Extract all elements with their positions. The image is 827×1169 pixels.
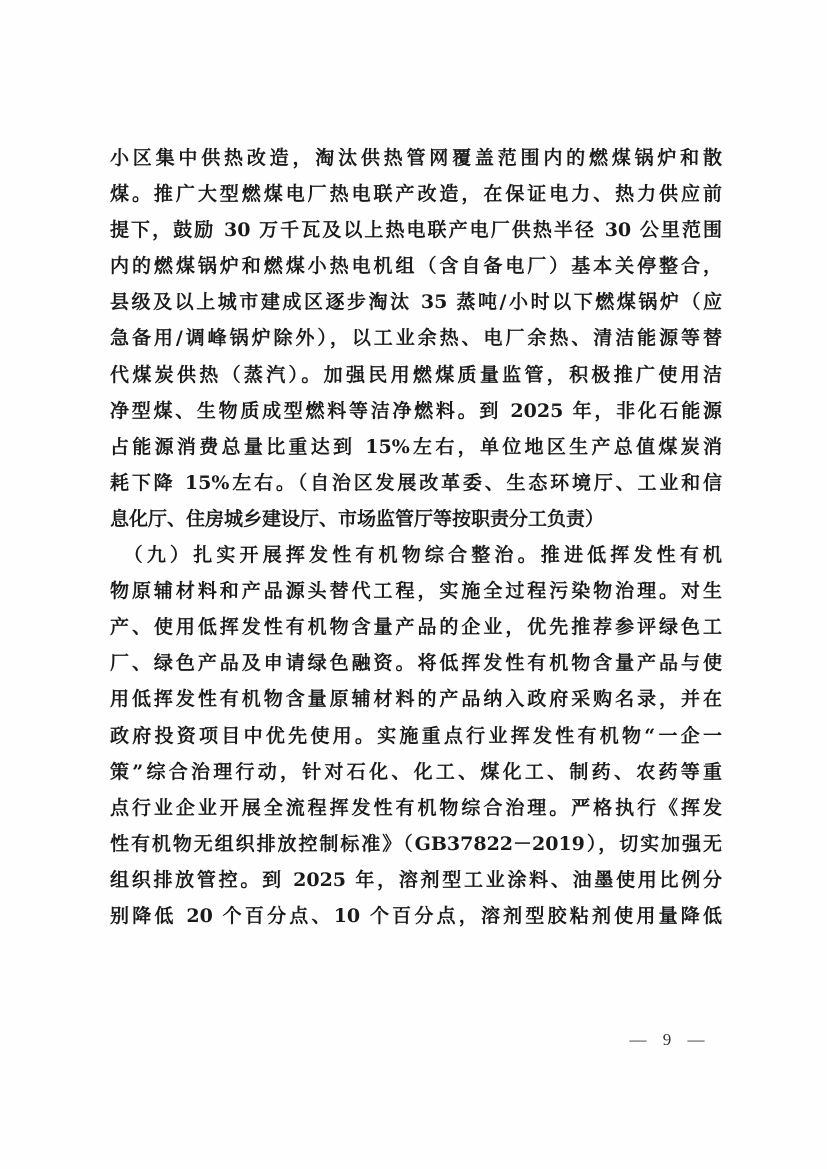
text-line: 占能源消费总量比重达到 15%左右，单位地区生产总值煤炭消	[110, 429, 722, 465]
text-line: 净型煤、生物质成型燃料等洁净燃料。到 2025 年，非化石能源	[110, 393, 722, 429]
text-line: 用低挥发性有机物含量原辅材料的产品纳入政府采购名录，并在	[110, 681, 722, 717]
text-line: 县级及以上城市建成区逐步淘汰 35 蒸吨/小时以下燃煤锅炉（应	[110, 284, 722, 320]
text-line: 产、使用低挥发性有机物含量产品的企业，优先推荐参评绿色工	[110, 609, 722, 645]
text-line: 提下，鼓励 30 万千瓦及以上热电联产电厂供热半径 30 公里范围	[110, 212, 722, 248]
text-line: 代煤炭供热（蒸汽）。加强民用燃煤质量监管，积极推广使用洁	[110, 357, 722, 393]
document-page: 小区集中供热改造，淘汰供热管网覆盖范围内的燃煤锅炉和散 煤。推广大型燃煤电厂热电…	[0, 0, 827, 1169]
text-line: 小区集中供热改造，淘汰供热管网覆盖范围内的燃煤锅炉和散	[110, 140, 722, 176]
text-line: 点行业企业开展全流程挥发性有机物综合治理。严格执行《挥发	[110, 790, 722, 826]
text-line: 内的燃煤锅炉和燃煤小热电机组（含自备电厂）基本关停整合，	[110, 248, 722, 284]
text-line: 物原辅材料和产品源头替代工程，实施全过程污染物治理。对生	[110, 573, 722, 609]
text-line: 性有机物无组织排放控制标准》（GB37822－2019），切实加强无	[110, 826, 722, 862]
text-line: 耗下降 15%左右。（自治区发展改革委、生态环境厅、工业和信	[110, 465, 722, 501]
text-line: 政府投资项目中优先使用。实施重点行业挥发性有机物“一企一	[110, 718, 722, 754]
text-line: 厂、绿色产品及申请绿色融资。将低挥发性有机物含量产品与使	[110, 645, 722, 681]
text-line: 别降低 20 个百分点、10 个百分点，溶剂型胶粘剂使用量降低	[110, 898, 722, 934]
body-text: 小区集中供热改造，淘汰供热管网覆盖范围内的燃煤锅炉和散 煤。推广大型燃煤电厂热电…	[110, 140, 722, 934]
section-heading-line: （九）扎实开展挥发性有机物综合整治。推进低挥发性有机	[110, 537, 722, 573]
text-line: 组织排放管控。到 2025 年，溶剂型工业涂料、油墨使用比例分	[110, 862, 722, 898]
text-line: 息化厅、住房城乡建设厅、市场监管厅等按职责分工负责）	[110, 501, 722, 537]
text-line: 策”综合治理行动，针对石化、化工、煤化工、制药、农药等重	[110, 754, 722, 790]
page-number: — 9 —	[620, 1030, 720, 1050]
text-line: 急备用/调峰锅炉除外），以工业余热、电厂余热、清洁能源等替	[110, 320, 722, 356]
text-line: 煤。推广大型燃煤电厂热电联产改造，在保证电力、热力供应前	[110, 176, 722, 212]
